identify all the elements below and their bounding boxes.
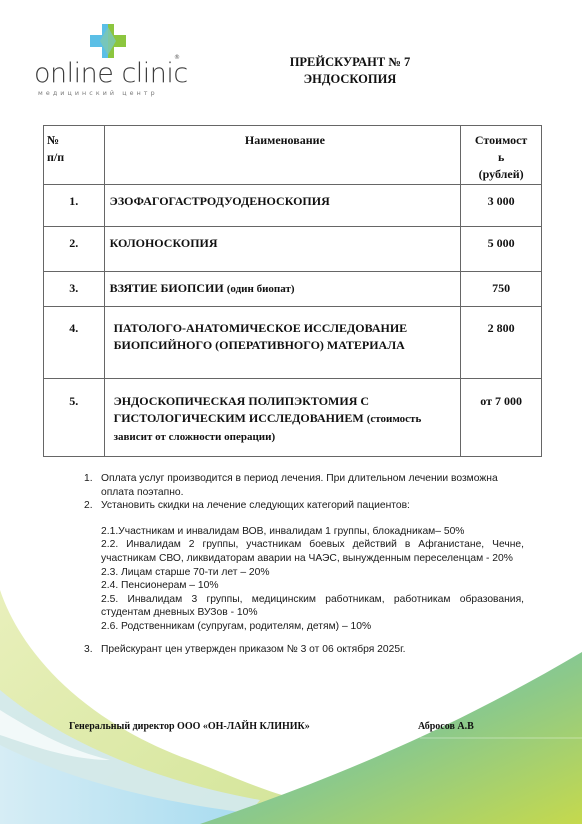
document-title: ПРЕЙСКУРАНТ № 7 ЭНДОСКОПИЯ xyxy=(250,54,450,88)
signatory-position: Генеральный директор ООО «ОН-ЛАЙН КЛИНИК… xyxy=(69,721,310,732)
column-header-price: Стоимост ь (рублей) xyxy=(461,126,542,185)
note-item: 1. Оплата услуг производится в период ле… xyxy=(84,472,524,499)
row-number: 5. xyxy=(44,379,105,457)
service-name: КОЛОНОСКОПИЯ xyxy=(104,227,461,272)
note-payment: Оплата услуг производится в период лечен… xyxy=(101,472,524,499)
service-price: 5 000 xyxy=(461,227,542,272)
notes-section: 1. Оплата услуг производится в период ле… xyxy=(84,472,524,656)
medical-cross-icon xyxy=(90,24,126,58)
logo-wordmark: online clinic xyxy=(34,60,188,87)
table-row: 5. ЭНДОСКОПИЧЕСКАЯ ПОЛИПЭКТОМИЯ С ГИСТОЛ… xyxy=(44,379,542,457)
discount-item: 2.1.Участникам и инвалидам ВОВ, инвалида… xyxy=(101,525,524,539)
logo-subtitle: медицинский центр xyxy=(38,90,158,97)
signatory-name: Абросов А.В xyxy=(418,721,474,732)
table-row: 1. ЭЗОФАГОГАСТРОДУОДЕНОСКОПИЯ 3 000 xyxy=(44,185,542,227)
service-price: 750 xyxy=(461,272,542,307)
discount-item: 2.2. Инвалидам 2 группы, участникам боев… xyxy=(101,538,524,565)
row-number: 3. xyxy=(44,272,105,307)
table-row: 2. КОЛОНОСКОПИЯ 5 000 xyxy=(44,227,542,272)
discount-list: 2.1.Участникам и инвалидам ВОВ, инвалида… xyxy=(84,525,524,634)
clinic-logo: online clinic ® медицинский центр xyxy=(34,24,184,99)
table-row: 4. ПАТОЛОГО-АНАТОМИЧЕСКОЕ ИССЛЕДОВАНИЕ Б… xyxy=(44,307,542,379)
discount-item: 2.6. Родственникам (супругам, родителям,… xyxy=(101,620,524,634)
column-header-number: № п/п xyxy=(44,126,105,185)
price-list-number: ПРЕЙСКУРАНТ № 7 xyxy=(250,54,450,71)
table-row: 3. ВЗЯТИЕ БИОПСИИ (один биопат) 750 xyxy=(44,272,542,307)
service-name: ПАТОЛОГО-АНАТОМИЧЕСКОЕ ИССЛЕДОВАНИЕ БИОП… xyxy=(104,307,461,379)
note-item: 2. Установить скидки на лечение следующи… xyxy=(84,499,524,513)
discount-item: 2.5. Инвалидам 3 группы, медицинским раб… xyxy=(101,593,524,620)
row-number: 4. xyxy=(44,307,105,379)
column-header-name: Наименование xyxy=(104,126,461,185)
discount-item: 2.4. Пенсионерам – 10% xyxy=(101,579,524,593)
note-approval: Прейскурант цен утвержден приказом № 3 о… xyxy=(101,643,524,657)
service-name: ВЗЯТИЕ БИОПСИИ (один биопат) xyxy=(104,272,461,307)
price-table: № п/п Наименование Стоимост ь (рублей) 1… xyxy=(43,125,542,457)
row-number: 1. xyxy=(44,185,105,227)
note-item: 3. Прейскурант цен утвержден приказом № … xyxy=(84,643,524,657)
discount-item: 2.3. Лицам старше 70-ти лет – 20% xyxy=(101,566,524,580)
service-note: (один биопат) xyxy=(227,283,295,295)
service-name: ЭЗОФАГОГАСТРОДУОДЕНОСКОПИЯ xyxy=(104,185,461,227)
table-header-row: № п/п Наименование Стоимост ь (рублей) xyxy=(44,126,542,185)
service-price: 2 800 xyxy=(461,307,542,379)
note-discounts: Установить скидки на лечение следующих к… xyxy=(101,499,524,513)
row-number: 2. xyxy=(44,227,105,272)
service-price: от 7 000 xyxy=(461,379,542,457)
registered-mark: ® xyxy=(174,54,180,61)
service-price: 3 000 xyxy=(461,185,542,227)
service-name: ЭНДОСКОПИЧЕСКАЯ ПОЛИПЭКТОМИЯ С ГИСТОЛОГИ… xyxy=(104,379,461,457)
price-list-category: ЭНДОСКОПИЯ xyxy=(250,71,450,88)
